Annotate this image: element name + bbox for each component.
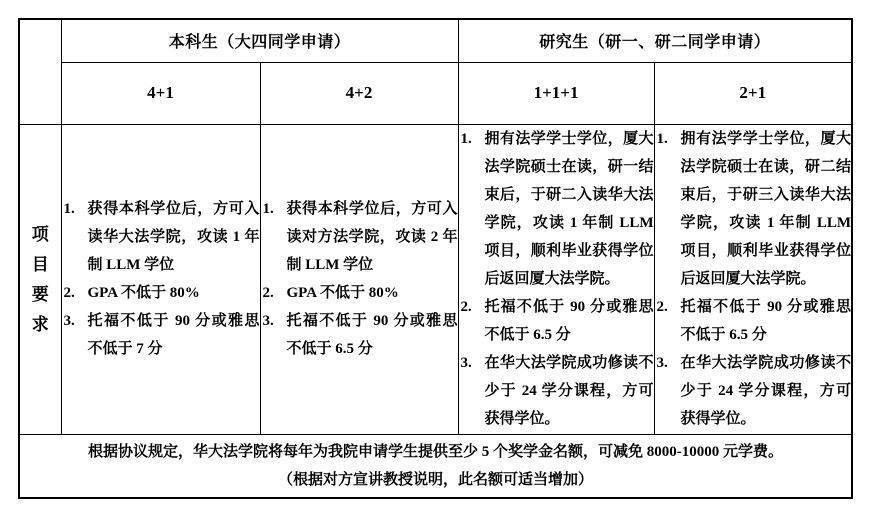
item-number: 2. — [261, 279, 287, 307]
program-requirements-table: 本科生（大四同学申请） 研究生（研一、研二同学申请） 4+1 4+2 1+1+1… — [18, 18, 853, 499]
item-number: 3. — [261, 307, 287, 363]
requirement-item: 1. 获得本科学位后，方可入读对方法学院，攻读 2 年制 LLM 学位 — [261, 195, 458, 279]
item-number: 1. — [655, 125, 681, 293]
item-number: 2. — [655, 293, 681, 349]
document-page: 本科生（大四同学申请） 研究生（研一、研二同学申请） 4+1 4+2 1+1+1… — [0, 0, 870, 519]
requirement-item: 1. 拥有法学学士学位，厦大法学院硕士在读，研二结束后，于研三入读华大法学院，攻… — [655, 125, 852, 293]
requirement-item: 2. GPA 不低于 80% — [62, 279, 260, 307]
item-text: 获得本科学位后，方可入读对方法学院，攻读 2 年制 LLM 学位 — [287, 195, 458, 279]
group-header-graduate: 研究生（研一、研二同学申请） — [458, 19, 852, 62]
requirement-item: 1. 拥有法学学士学位，厦大法学院硕士在读，研一结束后，于研二入读华大法学院，攻… — [459, 125, 654, 293]
requirement-item: 3. 托福不低于 90 分或雅思不低于 7 分 — [62, 307, 260, 363]
item-text: 拥有法学学士学位，厦大法学院硕士在读，研二结束后，于研三入读华大法学院，攻读 1… — [681, 125, 852, 293]
item-number: 1. — [261, 195, 287, 279]
vertical-label-char: 求 — [32, 316, 49, 333]
requirement-item: 3. 托福不低于 90 分或雅思不低于 6.5 分 — [261, 307, 458, 363]
item-number: 3. — [459, 349, 485, 433]
item-text: 托福不低于 90 分或雅思不低于 7 分 — [88, 307, 260, 363]
requirement-list: 1. 获得本科学位后，方可入读对方法学院，攻读 2 年制 LLM 学位 2. G… — [261, 195, 458, 363]
group-header-undergraduate: 本科生（大四同学申请） — [61, 19, 458, 62]
requirement-item: 2. 托福不低于 90 分或雅思不低于 6.5 分 — [459, 293, 654, 349]
item-number: 1. — [459, 125, 485, 293]
corner-cell — [19, 19, 61, 124]
requirement-item: 1. 获得本科学位后，方可入读华大法学院，攻读 1 年制 LLM 学位 — [62, 195, 260, 279]
requirement-item: 3. 在华大法学院成功修读不少于 24 学分课程，方可获得学位。 — [655, 349, 852, 433]
scholarship-note-line1: 根据协议规定，华大法学院将每年为我院申请学生提供至少 5 个奖学金名额，可减免 … — [88, 438, 783, 466]
item-text: 拥有法学学士学位，厦大法学院硕士在读，研一结束后，于研二入读华大法学院，攻读 1… — [485, 125, 654, 293]
program-header-row: 4+1 4+2 1+1+1 2+1 — [19, 62, 852, 124]
item-number: 3. — [655, 349, 681, 433]
requirements-cell-4-1: 1. 获得本科学位后，方可入读华大法学院，攻读 1 年制 LLM 学位 2. G… — [61, 124, 260, 434]
item-text: 在华大法学院成功修读不少于 24 学分课程，方可获得学位。 — [485, 349, 654, 433]
footer-row: 根据协议规定，华大法学院将每年为我院申请学生提供至少 5 个奖学金名额，可减免 … — [19, 434, 852, 498]
item-number: 2. — [62, 279, 88, 307]
scholarship-note: 根据协议规定，华大法学院将每年为我院申请学生提供至少 5 个奖学金名额，可减免 … — [20, 435, 851, 498]
requirements-row: 项 目 要 求 1. 获得本科学位后，方可入读华大法学院，攻读 1 年制 LLM… — [19, 124, 852, 434]
row-label-project-requirements: 项 目 要 求 — [19, 124, 61, 434]
item-text: GPA 不低于 80% — [287, 279, 458, 307]
requirements-cell-4-2: 1. 获得本科学位后，方可入读对方法学院，攻读 2 年制 LLM 学位 2. G… — [260, 124, 458, 434]
item-number: 1. — [62, 195, 88, 279]
vertical-label: 项 目 要 求 — [20, 226, 61, 333]
vertical-label-char: 项 — [32, 226, 49, 243]
item-number: 3. — [62, 307, 88, 363]
requirements-cell-2-1: 1. 拥有法学学士学位，厦大法学院硕士在读，研二结束后，于研三入读华大法学院，攻… — [654, 124, 852, 434]
program-header-4-2: 4+2 — [260, 62, 458, 124]
requirement-item: 2. 托福不低于 90 分或雅思不低于 6.5 分 — [655, 293, 852, 349]
item-text: 在华大法学院成功修读不少于 24 学分课程，方可获得学位。 — [681, 349, 852, 433]
requirement-item: 2. GPA 不低于 80% — [261, 279, 458, 307]
scholarship-note-cell: 根据协议规定，华大法学院将每年为我院申请学生提供至少 5 个奖学金名额，可减免 … — [19, 434, 852, 498]
item-text: 托福不低于 90 分或雅思不低于 6.5 分 — [287, 307, 458, 363]
requirement-list: 1. 获得本科学位后，方可入读华大法学院，攻读 1 年制 LLM 学位 2. G… — [62, 195, 260, 363]
vertical-label-char: 要 — [32, 286, 49, 303]
group-header-row: 本科生（大四同学申请） 研究生（研一、研二同学申请） — [19, 19, 852, 62]
requirement-list: 1. 拥有法学学士学位，厦大法学院硕士在读，研一结束后，于研二入读华大法学院，攻… — [459, 125, 654, 433]
program-header-4-1: 4+1 — [61, 62, 260, 124]
vertical-label-char: 目 — [32, 256, 49, 273]
program-header-2-1: 2+1 — [654, 62, 852, 124]
requirement-item: 3. 在华大法学院成功修读不少于 24 学分课程，方可获得学位。 — [459, 349, 654, 433]
item-text: 获得本科学位后，方可入读华大法学院，攻读 1 年制 LLM 学位 — [88, 195, 260, 279]
requirement-list: 1. 拥有法学学士学位，厦大法学院硕士在读，研二结束后，于研三入读华大法学院，攻… — [655, 125, 852, 433]
item-number: 2. — [459, 293, 485, 349]
item-text: 托福不低于 90 分或雅思不低于 6.5 分 — [485, 293, 654, 349]
item-text: GPA 不低于 80% — [88, 279, 260, 307]
scholarship-note-line2: （根据对方宣讲教授说明，此名额可适当增加） — [278, 466, 593, 494]
program-header-1-1-1: 1+1+1 — [458, 62, 654, 124]
requirements-cell-1-1-1: 1. 拥有法学学士学位，厦大法学院硕士在读，研一结束后，于研二入读华大法学院，攻… — [458, 124, 654, 434]
item-text: 托福不低于 90 分或雅思不低于 6.5 分 — [681, 293, 852, 349]
